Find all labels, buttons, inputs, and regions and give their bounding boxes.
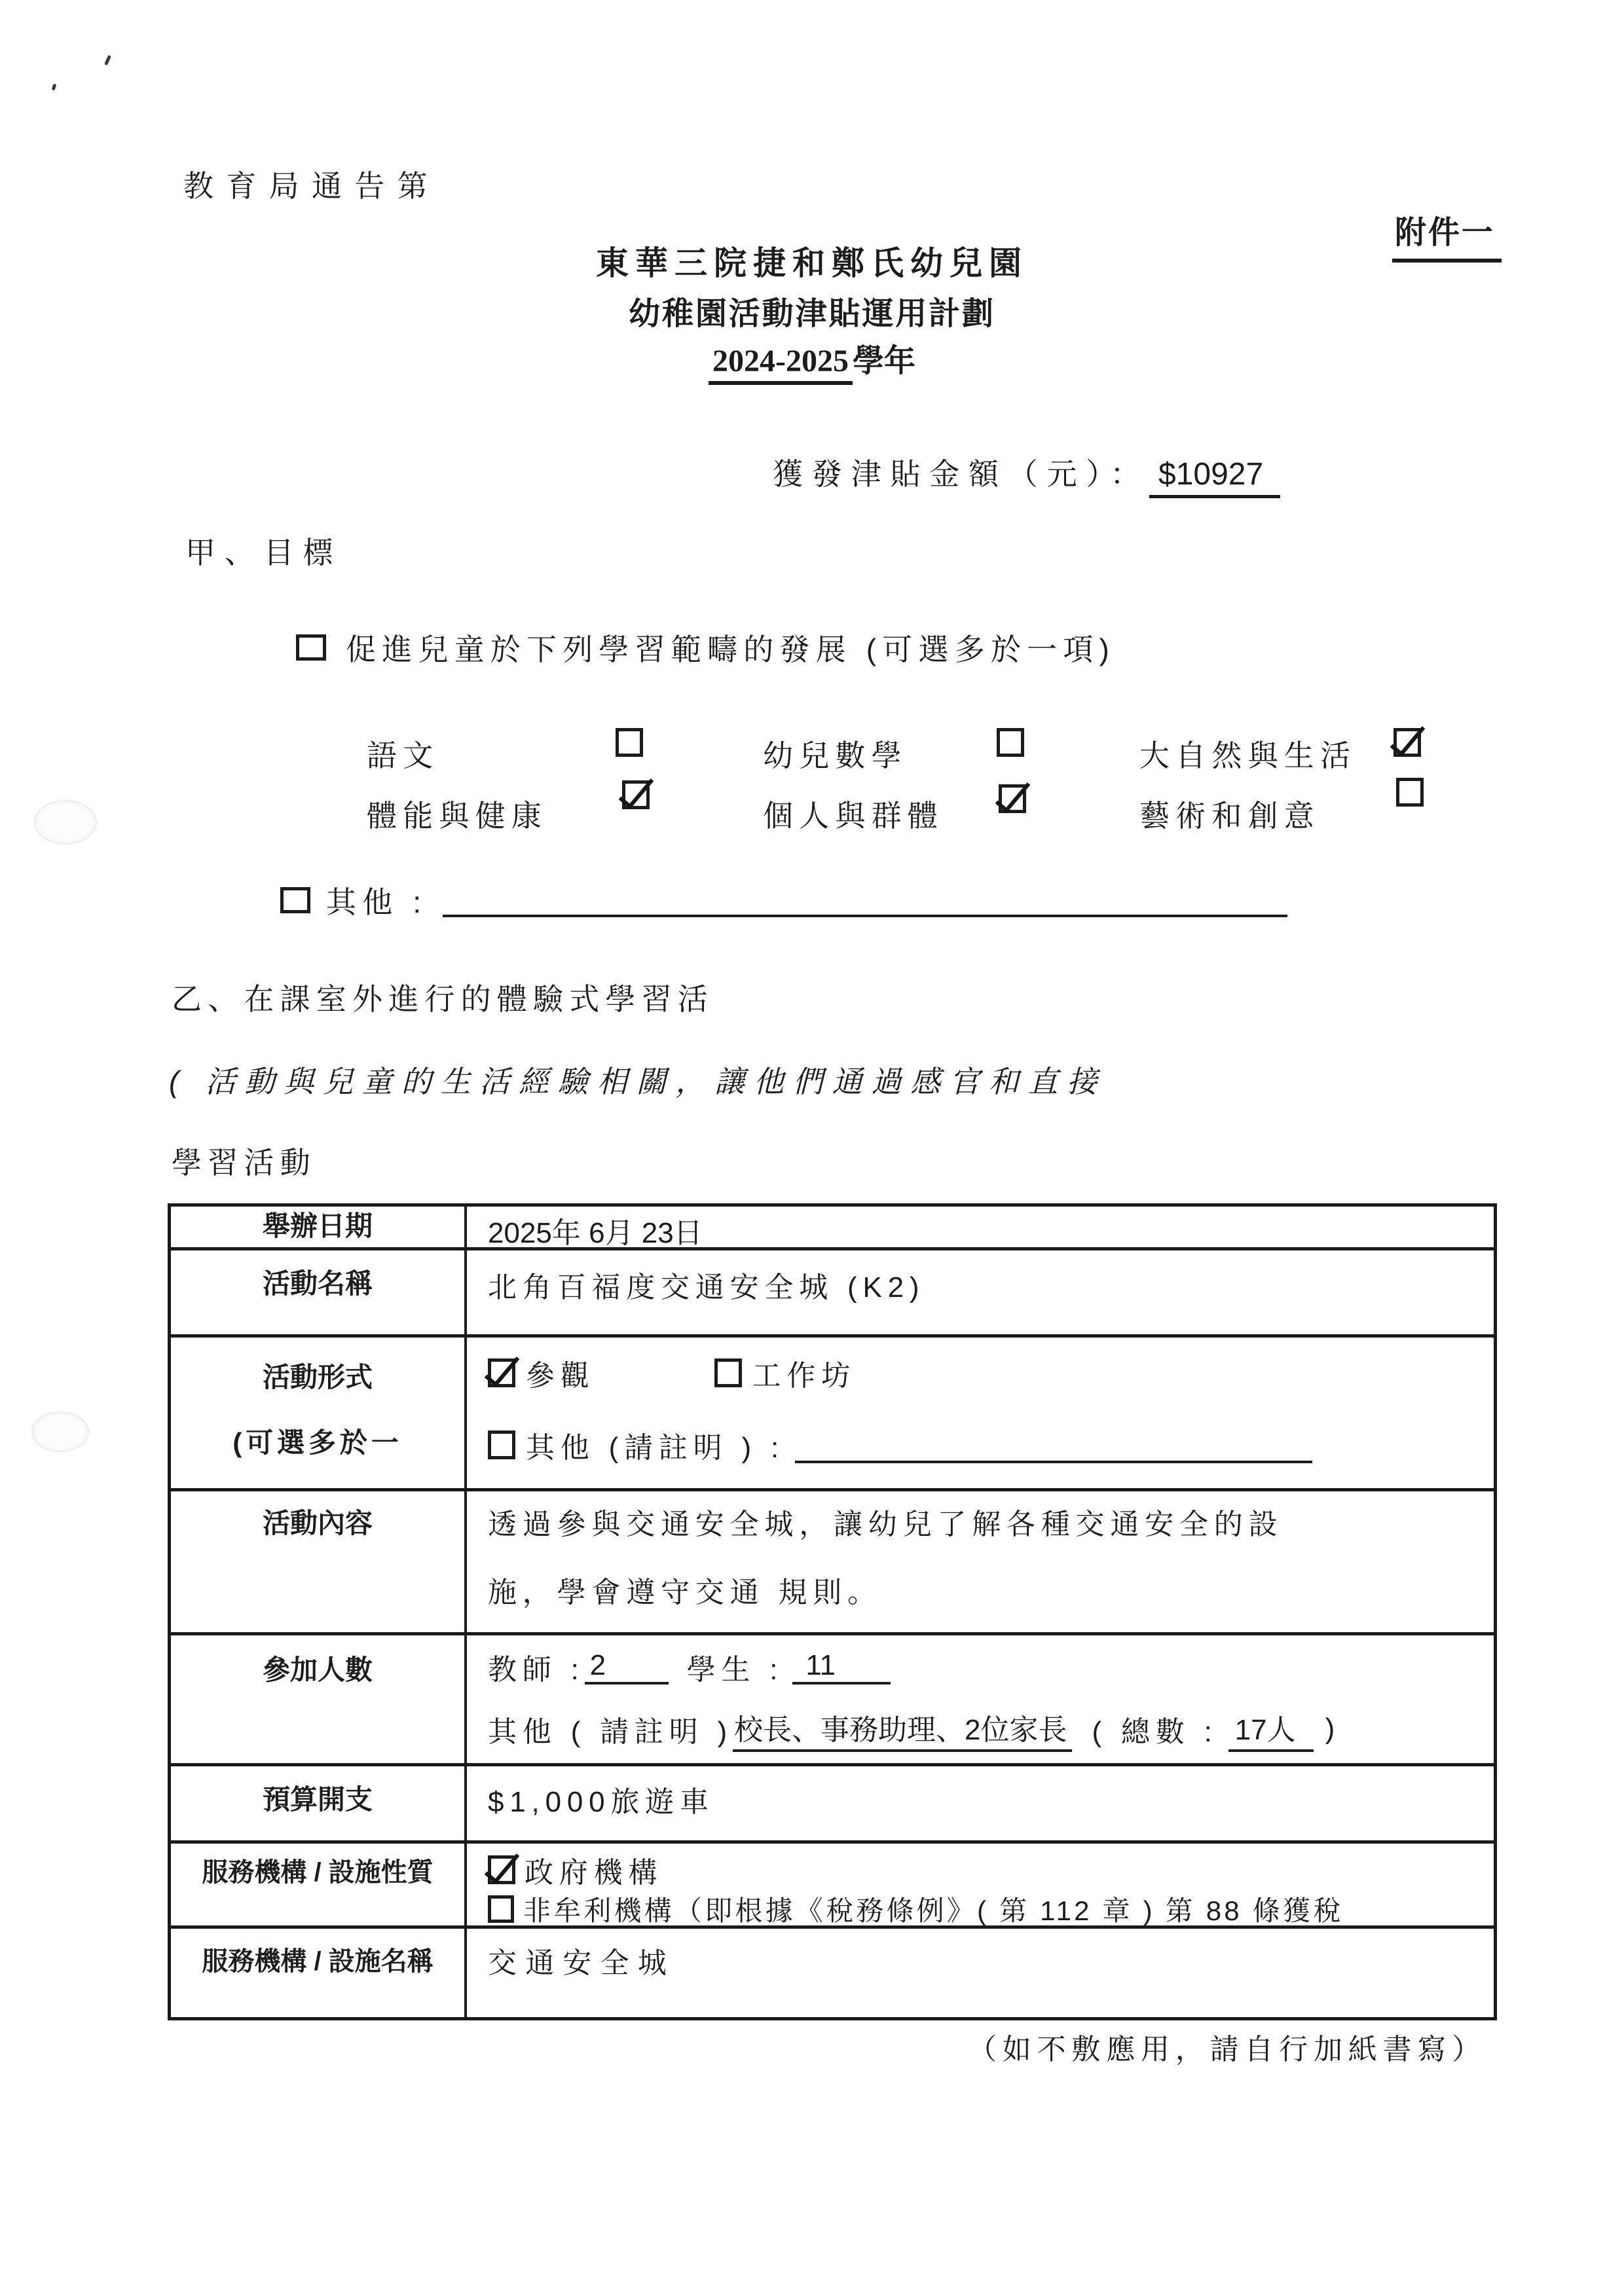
table-row-org-name: 服務機構 / 設施名稱 交通安全城: [171, 1925, 1494, 2017]
students-label: 學生 :: [687, 1646, 784, 1688]
date-value[interactable]: 2025年 6月 23日: [488, 1209, 703, 1247]
school-year-number: 2024-2025: [709, 344, 853, 385]
punch-hole: [31, 1412, 89, 1452]
other-row: 其他 :: [280, 879, 1287, 922]
format-label: 活動形式: [171, 1356, 464, 1395]
other-field[interactable]: [443, 883, 1287, 917]
objective-label: 促進兒童於下列學習範疇的發展 (可選多於一項): [346, 626, 1115, 669]
grant-amount-line: 獲發津貼金額（元）：$10927: [773, 450, 1280, 498]
org-name-value-cell: 交通安全城: [467, 1929, 1494, 2017]
scan-mark: [52, 83, 57, 90]
budget-value-cell: $1,000旅遊車: [467, 1766, 1494, 1840]
area-label-arts: 藝術和創意: [1139, 792, 1320, 835]
school-year-line: 2024-2025學年: [0, 335, 1624, 380]
objective-checkbox[interactable]: [296, 634, 326, 661]
grant-amount-value[interactable]: $10927: [1149, 456, 1280, 498]
other-checkbox[interactable]: [280, 887, 310, 913]
participants-others-label: 其他 ( 請註明 ): [488, 1708, 733, 1750]
format-label-cell: 活動形式 (可選多於一 項): [171, 1338, 467, 1488]
name-value-cell: 北角百福度交通安全城 (K2): [467, 1250, 1494, 1334]
checkbox-physical[interactable]: [622, 780, 650, 809]
budget-value[interactable]: $1,000旅遊車: [488, 1778, 714, 1820]
area-label-nature: 大自然與生活: [1139, 732, 1356, 775]
table-row-content: 活動內容 透過參與交通安全城，讓幼兒了解各種交通安全的設 施，學會遵守交通 規則…: [171, 1488, 1494, 1632]
footer-note: （如不敷應用，請自行加紙書寫）: [968, 2026, 1486, 2068]
table-row-date: 舉辦日期 2025年 6月 23日: [171, 1207, 1494, 1247]
participants-total-value[interactable]: 17人: [1228, 1706, 1314, 1752]
school-year-suffix: 學年: [853, 344, 915, 378]
content-line1[interactable]: 透過參與交通安全城，讓幼兒了解各種交通安全的設: [488, 1501, 1283, 1542]
scanned-form-page: 教育局通告第 附件一 東華三院捷和鄭氏幼兒園 幼稚園活動津貼運用計劃 2024-…: [0, 0, 1624, 2296]
format-label-note1: (可選多於一: [171, 1421, 464, 1461]
ngo-org-label: 非牟利機構（即根據《稅務條例》( 第 112 章 ) 第 88 條獲稅: [523, 1889, 1343, 1925]
circular-number-label: 教育局通告第: [183, 162, 440, 206]
gov-org-checkbox[interactable]: [488, 1855, 515, 1884]
budget-label: 預算開支: [171, 1766, 467, 1840]
table-row-org-type: 服務機構 / 設施性質 政府機構 非牟利機構（即根據《稅務條例》( 第 112 …: [171, 1840, 1494, 1925]
gov-org-label: 政府機構: [525, 1849, 663, 1891]
table-row-participants: 參加人數 教師 : 2 學生 : 11 其他 ( 請註明 ) 校長、事務助理、2…: [171, 1632, 1494, 1763]
org-name-label: 服務機構 / 設施名稱: [171, 1929, 467, 2017]
area-label-language: 語文: [367, 732, 439, 775]
format-options-line: 參觀 工作坊: [488, 1352, 856, 1394]
table-row-name: 活動名稱 北角百福度交通安全城 (K2): [171, 1247, 1494, 1334]
visit-checkbox[interactable]: [488, 1358, 515, 1387]
section-a-heading: 甲、目標: [185, 529, 342, 572]
section-b-subnote2: 學習活動: [172, 1139, 316, 1182]
participants-label: 參加人數: [171, 1635, 467, 1763]
content-line2[interactable]: 施，學會遵守交通 規則。: [488, 1569, 882, 1611]
date-value-cell: 2025年 6月 23日: [467, 1207, 1494, 1247]
scan-mark: [104, 55, 111, 66]
participants-value-cell: 教師 : 2 學生 : 11 其他 ( 請註明 ) 校長、事務助理、2位家長 (…: [467, 1635, 1494, 1763]
org-name-value[interactable]: 交通安全城: [488, 1939, 675, 1981]
org-type-gov-line: 政府機構: [488, 1849, 663, 1891]
area-label-personal: 個人與群體: [763, 792, 944, 835]
section-b-heading: 乙、在課室外進行的體驗式學習活: [172, 975, 714, 1019]
org-type-value-cell: 政府機構 非牟利機構（即根據《稅務條例》( 第 112 章 ) 第 88 條獲稅: [467, 1844, 1494, 1925]
name-value[interactable]: 北角百福度交通安全城 (K2): [488, 1264, 925, 1305]
other-label: 其他 :: [326, 879, 427, 922]
checkbox-language[interactable]: [616, 728, 643, 757]
participants-line1: 教師 : 2 學生 : 11: [488, 1646, 891, 1688]
section-b-subnote: ( 活動與兒童的生活經驗相關，讓他們通過感官和直接: [169, 1058, 1106, 1101]
participants-others-value[interactable]: 校長、事務助理、2位家長: [733, 1706, 1072, 1752]
workshop-checkbox[interactable]: [714, 1358, 742, 1387]
format-label-note2: 項): [171, 1483, 464, 1488]
participants-line2: 其他 ( 請註明 ) 校長、事務助理、2位家長 ( 總數 : 17人 ): [488, 1706, 1335, 1752]
name-label: 活動名稱: [171, 1250, 467, 1334]
checkbox-math[interactable]: [997, 728, 1024, 757]
participants-total-label: ( 總數 :: [1092, 1708, 1217, 1750]
activity-table: 舉辦日期 2025年 6月 23日 活動名稱 北角百福度交通安全城 (K2) 活…: [168, 1203, 1497, 2020]
content-value-cell: 透過參與交通安全城，讓幼兒了解各種交通安全的設 施，學會遵守交通 規則。: [467, 1491, 1494, 1632]
checkbox-arts[interactable]: [1396, 778, 1424, 807]
school-name-title: 東華三院捷和鄭氏幼兒園: [0, 237, 1624, 284]
plan-title: 幼稚園活動津貼運用計劃: [0, 288, 1624, 333]
ngo-org-checkbox[interactable]: [488, 1895, 514, 1923]
workshop-label: 工作坊: [752, 1352, 856, 1394]
format-other-label: 其他 (請註明 ) :: [526, 1424, 784, 1466]
teachers-value[interactable]: 2: [585, 1649, 669, 1685]
org-type-label: 服務機構 / 設施性質: [171, 1844, 467, 1925]
date-label: 舉辦日期: [171, 1207, 467, 1247]
teachers-label: 教師 :: [488, 1646, 585, 1688]
area-label-physical: 體能與健康: [367, 792, 547, 835]
format-value-cell: 參觀 工作坊 其他 (請註明 ) :: [467, 1338, 1494, 1488]
table-row-budget: 預算開支 $1,000旅遊車: [171, 1763, 1494, 1840]
format-other-line: 其他 (請註明 ) :: [488, 1424, 1312, 1466]
content-label: 活動內容: [171, 1491, 467, 1632]
area-label-math: 幼兒數學: [763, 732, 908, 775]
objective-row: 促進兒童於下列學習範疇的發展 (可選多於一項): [296, 626, 1115, 669]
format-other-checkbox[interactable]: [488, 1430, 515, 1459]
table-row-format: 活動形式 (可選多於一 項) 參觀 工作坊 其他 (請註明 ) :: [171, 1334, 1494, 1488]
students-value[interactable]: 11: [792, 1649, 891, 1685]
checkbox-personal[interactable]: [999, 784, 1026, 813]
org-type-ngo-line: 非牟利機構（即根據《稅務條例》( 第 112 章 ) 第 88 條獲稅: [488, 1889, 1343, 1925]
format-other-field[interactable]: [795, 1427, 1312, 1463]
participants-total-suffix: ): [1325, 1713, 1335, 1745]
visit-label: 參觀: [526, 1352, 595, 1394]
grant-amount-label: 獲發津貼金額（元）：: [773, 457, 1149, 491]
punch-hole: [34, 800, 97, 845]
checkbox-nature[interactable]: [1393, 728, 1421, 757]
